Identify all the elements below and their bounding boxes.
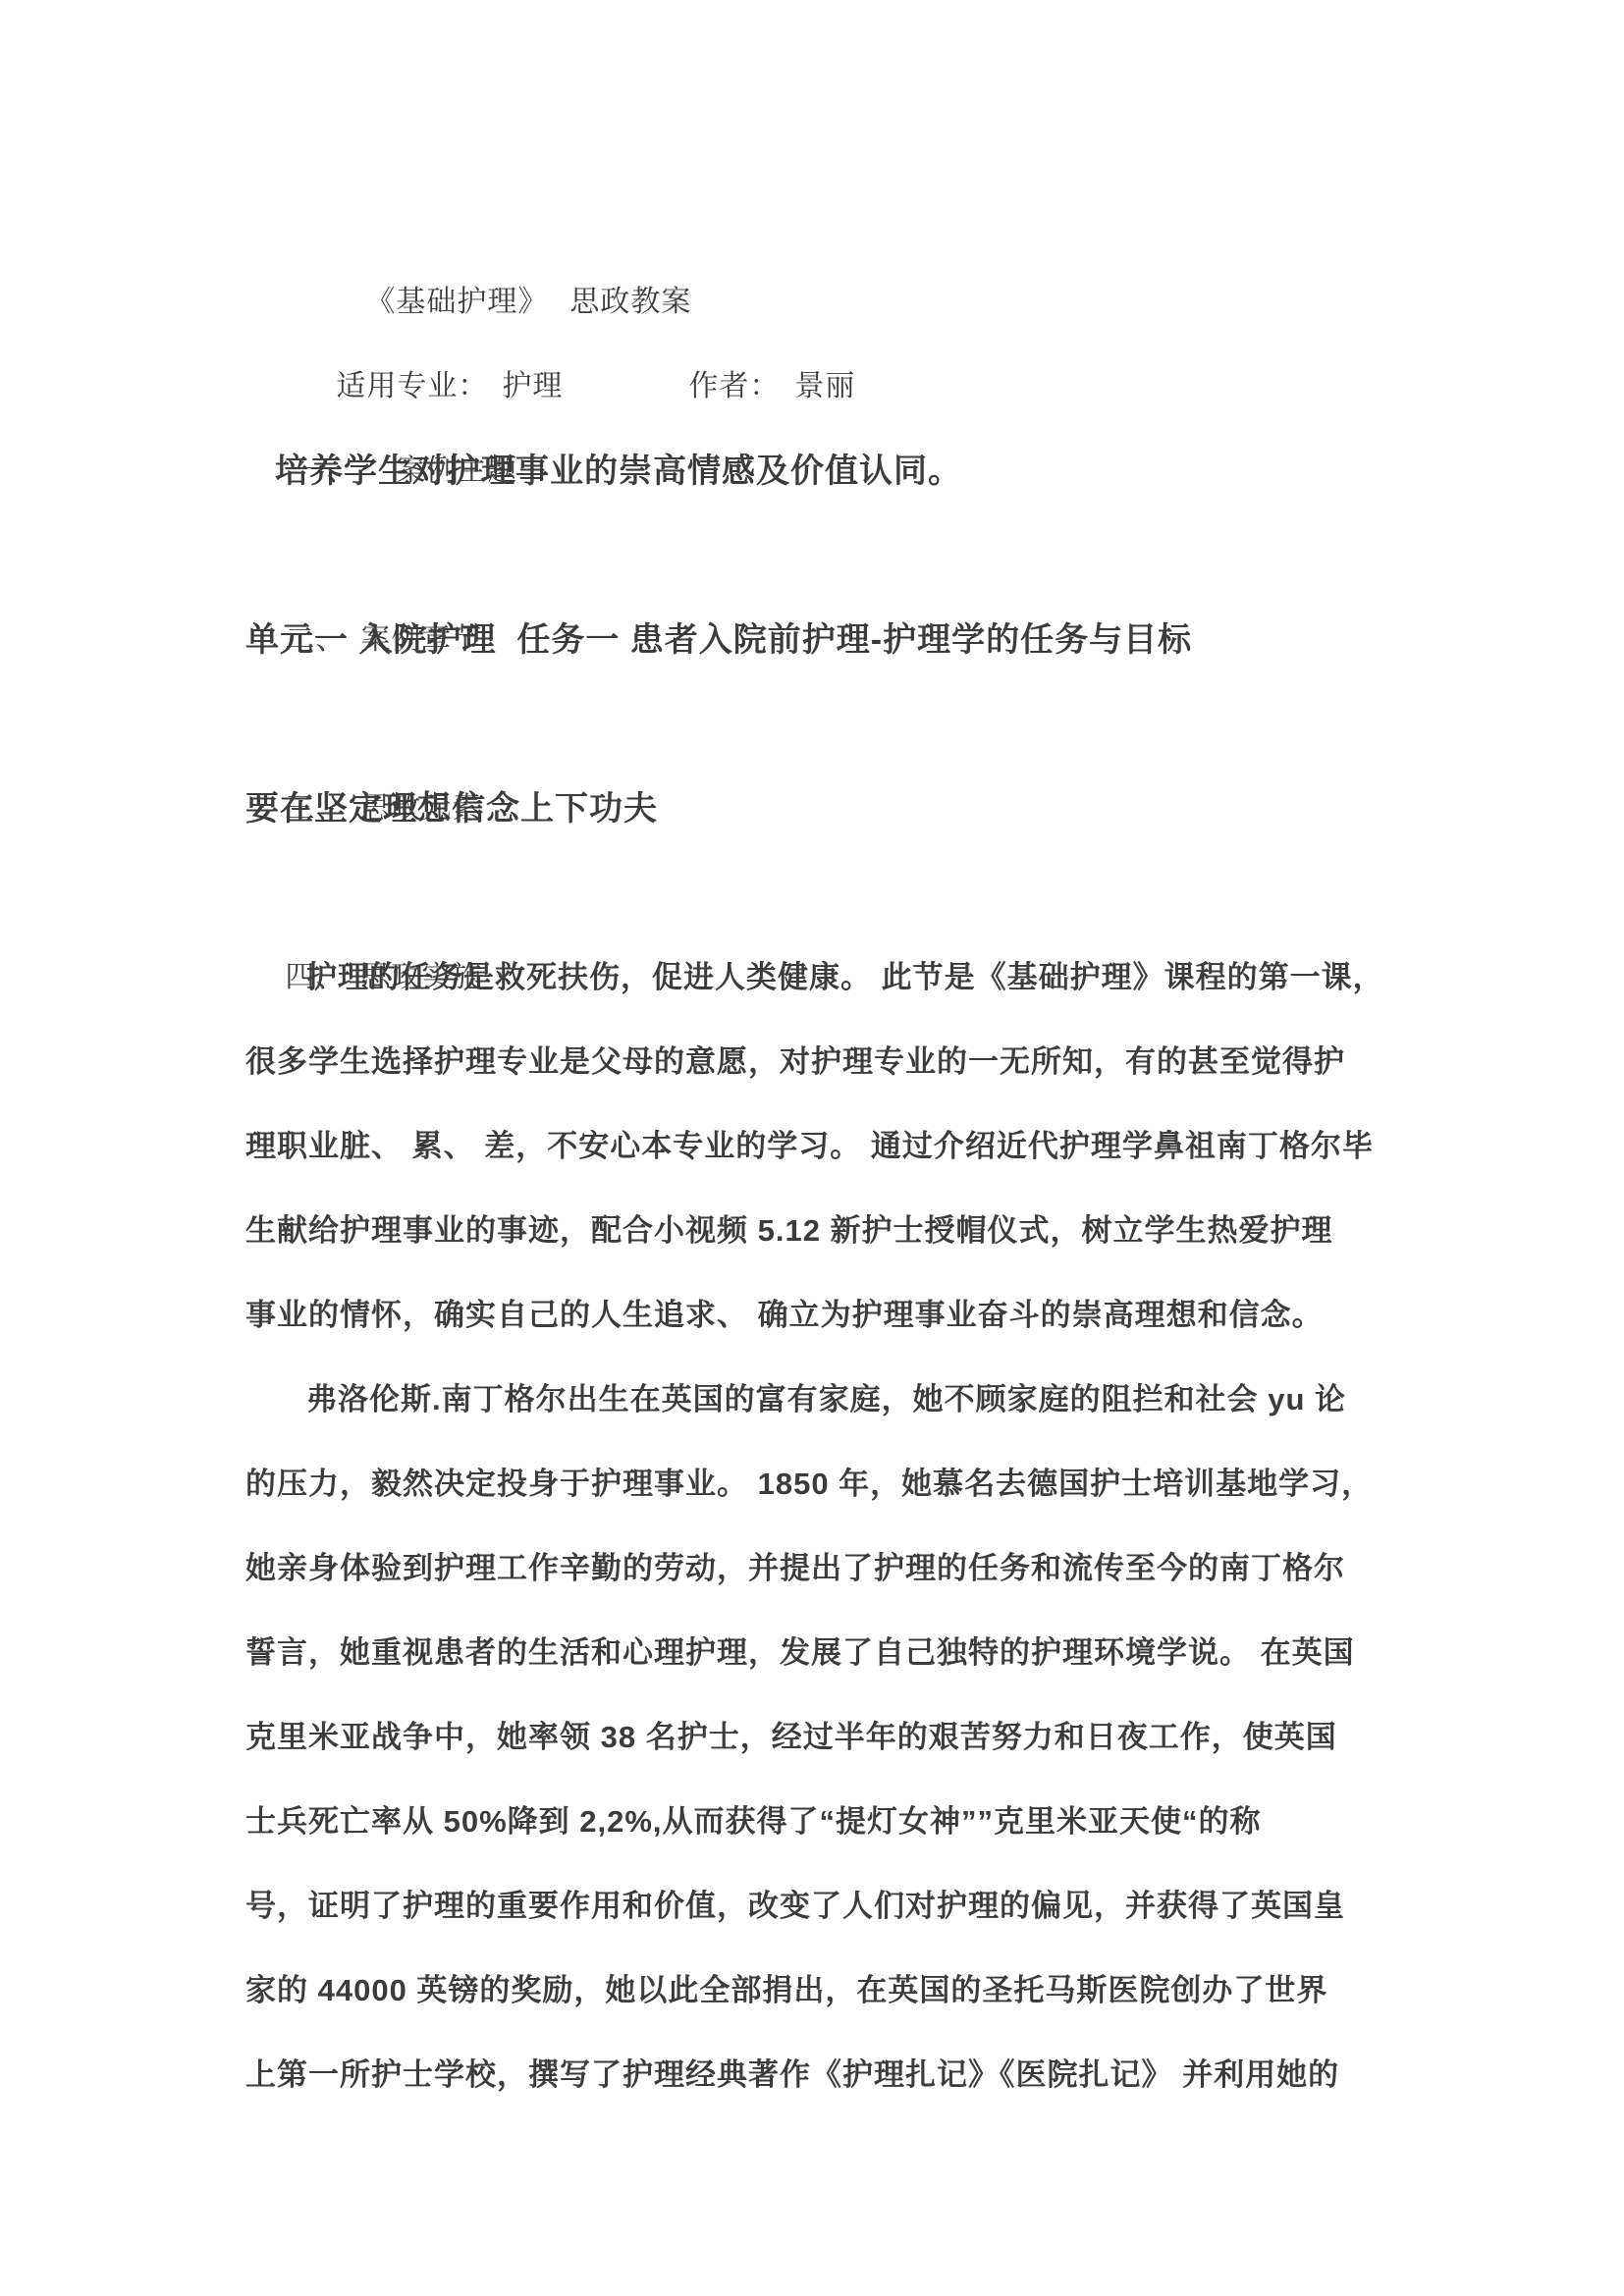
major-value: 护理 xyxy=(502,370,563,402)
paragraph-line: 她亲身体验到护理工作辛勤的劳动，并提出了护理的任务和流传至今的南丁格尔 xyxy=(245,1526,1413,1611)
document-page: 《基础护理》思政教案 适用专业：护理作者：景丽 一、案例主题 培养学生对护理事业… xyxy=(0,0,1624,2296)
doc-title-suffix: 思政教案 xyxy=(569,286,691,318)
major-label: 适用专业： xyxy=(336,370,488,402)
paragraph-line: 很多学生选择护理专业是父母的意愿，对护理专业的一无所知，有的甚至觉得护 xyxy=(245,1020,1413,1104)
section-heading-2: 二、案例章节 xyxy=(248,513,1413,598)
paragraph-line: 号，证明了护理的重要作用和价值，改变了人们对护理的偏见，并获得了英国皇 xyxy=(245,1864,1413,1949)
author-label: 作者： xyxy=(688,370,780,402)
paragraph-line: 护理的任务是救死扶伤，促进人类健康。 此节是《基础护理》课程的第一课， xyxy=(245,935,1413,1020)
paragraph-line: 生献给护理事业的事迹，配合小视频 5.12 新护士授帽仪式，树立学生热爱护理 xyxy=(245,1189,1413,1273)
paragraph-line: 的压力，毅然决定投身于护理事业。 1850 年，她慕名去德国护士培训基地学习， xyxy=(245,1442,1413,1526)
paragraph-line: 弗洛伦斯.南丁格尔出生在英国的富有家庭，她不顾家庭的阻拦和社会 yu 论 xyxy=(245,1358,1413,1442)
doc-title: 《基础护理》思政教案 xyxy=(329,176,1413,260)
paragraph-line: 誓言，她重视患者的生活和心理护理，发展了自己独特的护理环境学说。 在英国 xyxy=(245,1611,1413,1695)
author-value: 景丽 xyxy=(794,370,855,402)
section-content-3: 要在坚定理想信念上下功夫 xyxy=(245,767,1413,851)
section-heading-4: 四、思政实施 xyxy=(248,851,1413,935)
section-heading-3: 三、思政元素 xyxy=(248,682,1413,767)
section-content-2: 单元一 入院护理 任务一 患者入院前护理-护理学的任务与目标 xyxy=(245,598,1413,682)
paragraph-line: 事业的情怀，确实自己的人生追求、 确立为护理事业奋斗的崇高理想和信念。 xyxy=(245,1273,1413,1358)
paragraph-line: 士兵死亡率从 50%降到 2,2%,从而获得了“提灯女神””克里米亚天使“的称 xyxy=(245,1780,1413,1864)
section-content-1: 培养学生对护理事业的崇高情感及价值认同。 xyxy=(275,429,1413,513)
paragraph-line: 克里米亚战争中，她率领 38 名护士，经过半年的艰苦努力和日夜工作，使英国 xyxy=(245,1695,1413,1780)
paragraph-line: 家的 44000 英镑的奖励，她以此全部捐出，在英国的圣托马斯医院创办了世界 xyxy=(245,1949,1413,2033)
paragraph-line: 理职业脏、 累、 差，不安心本专业的学习。 通过介绍近代护理学鼻祖南丁格尔毕 xyxy=(245,1104,1413,1189)
doc-title-book: 《基础护理》 xyxy=(365,286,548,318)
paragraph-line: 上第一所护士学校，撰写了护理经典著作《护理扎记》《医院扎记》 并利用她的 xyxy=(245,2033,1413,2117)
